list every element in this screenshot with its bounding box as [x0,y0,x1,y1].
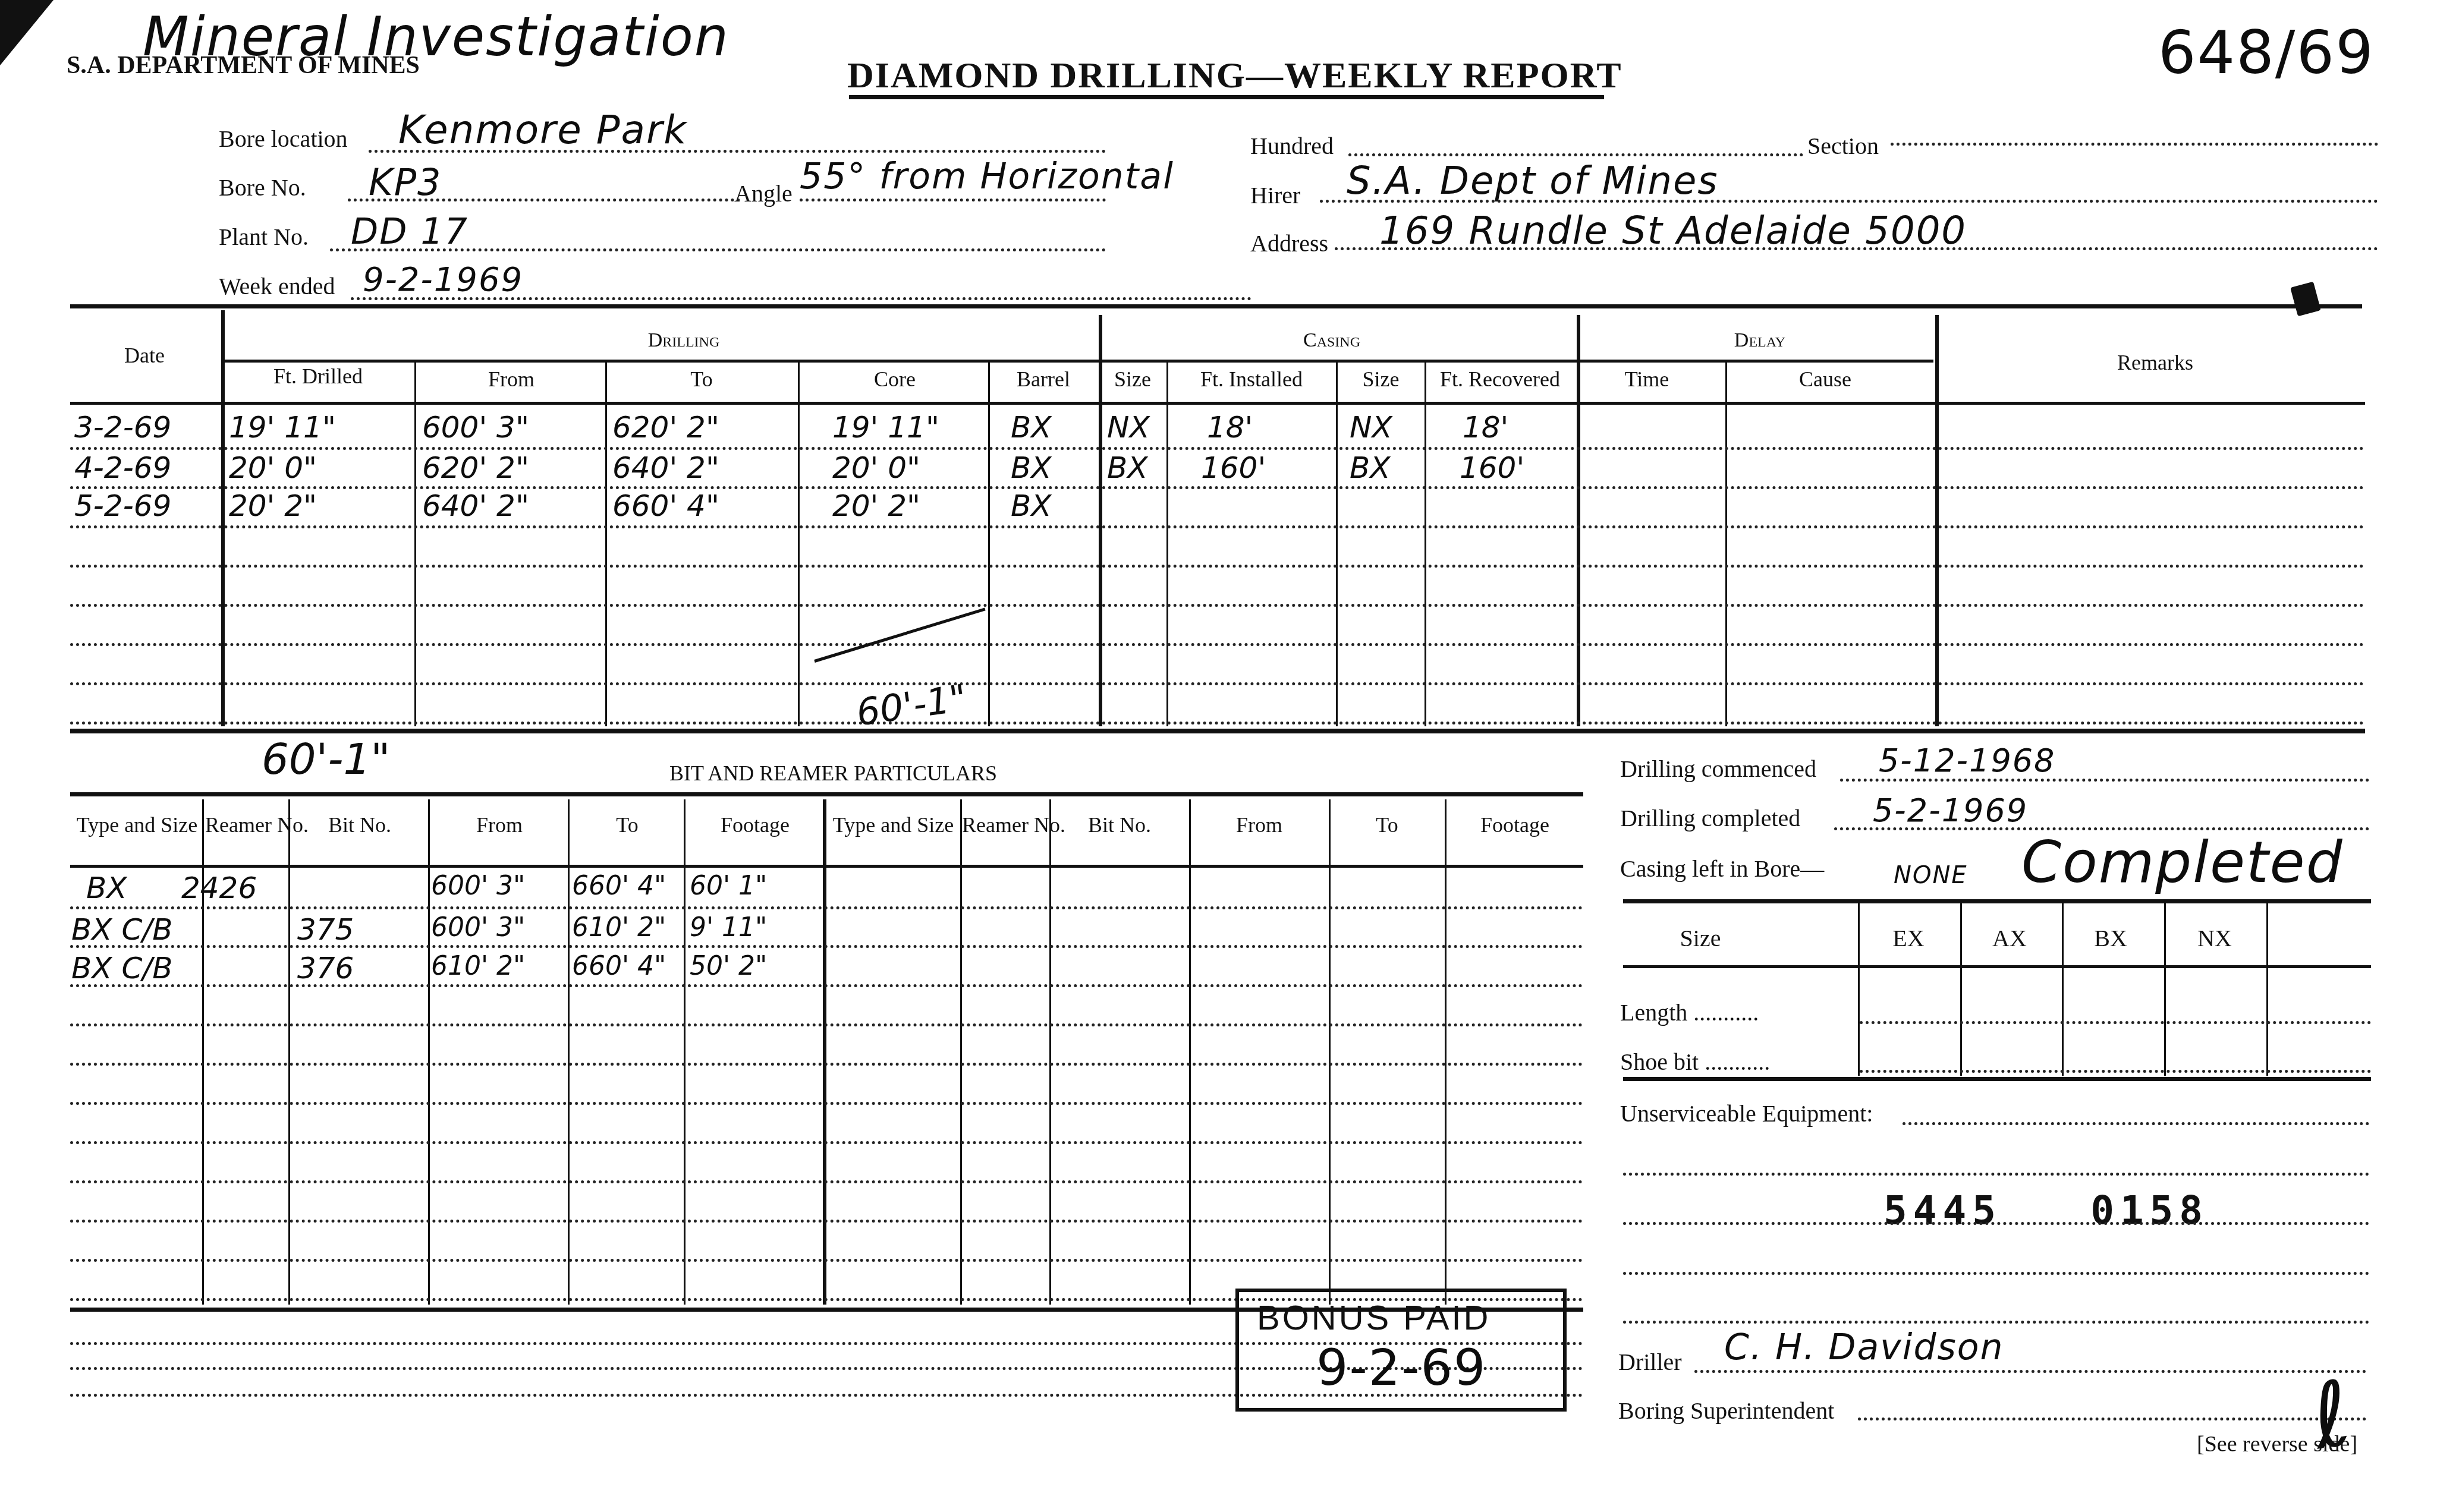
drilling-completed-label: Drilling completed [1620,804,1800,832]
cell-core[interactable]: 20' 2" [832,489,920,523]
bit-cell-from[interactable]: 600' 3" [431,912,525,943]
col-header-to: To [606,368,797,391]
plant-no-value[interactable]: DD 17 [351,211,468,253]
bit-col-footage: Footage [687,814,823,837]
row-line [70,565,2365,568]
bit-cell-footage[interactable]: 60' 1" [690,871,767,901]
bit-cell-reamer-no[interactable]: 2426 [181,871,257,905]
col-header-delay-time: Time [1578,368,1715,391]
driller-signature[interactable]: C. H. Davidson [1724,1327,2004,1368]
row-line [70,1141,1583,1144]
divider [1445,799,1447,1305]
divider [1099,315,1102,726]
divider [1329,799,1331,1305]
bore-location-value[interactable]: Kenmore Park [398,107,687,153]
cell-barrel[interactable]: BX [1011,451,1052,485]
driller-line [1694,1370,2366,1373]
cell-recovered-size[interactable]: BX [1350,451,1391,485]
bit-col-bit-no-2: Bit No. [1051,814,1188,837]
size-header: Size [1629,926,1772,951]
drilling-commenced-value[interactable]: 5-12-1968 [1879,742,2055,779]
size-bx: BX [2063,926,2158,951]
col-header-recovered-size: Size [1338,368,1424,391]
stamp-label: BONUS PAID [1257,1298,1490,1338]
torn-corner-mark [2290,282,2321,317]
unserviceable-line [1623,1321,2369,1324]
drilling-completed-value[interactable]: 5-2-1969 [1873,792,2028,829]
cell-casing-size[interactable]: BX [1107,451,1148,485]
bore-location-line [369,150,1106,153]
divider [428,799,430,1305]
bit-cell-type-size[interactable]: BX C/B [71,912,173,947]
row-line [70,447,2365,450]
shoe-bit-line [1860,1070,2371,1073]
bit-col-type-size: Type and Size [70,814,204,837]
size-table-bottom-rule [1623,1077,2371,1081]
completed-annotation: Completed [2021,829,2344,896]
plant-no-label: Plant No. [219,223,309,251]
divider [1425,363,1426,726]
file-number: 648/69 [2158,18,2375,87]
length-line [1860,1021,2371,1024]
row-line [70,486,2365,489]
bit-col-from: From [431,814,568,837]
cell-core[interactable]: 19' 11" [832,410,939,445]
shoe-bit-label: Shoe bit ........... [1620,1048,1770,1076]
address-label: Address [1250,229,1328,257]
bit-col-footage-2: Footage [1447,814,1583,837]
report-title: DIAMOND DRILLING—WEEKLY REPORT [847,55,1622,97]
divider [1577,315,1580,726]
cell-ft-drilled[interactable]: 20' 0" [229,451,317,485]
bit-cell-footage[interactable]: 50' 2" [690,951,767,981]
divider [960,799,962,1305]
cell-barrel[interactable]: BX [1011,489,1052,523]
cell-to[interactable]: 660' 4" [612,489,719,523]
divider [1189,799,1191,1305]
bit-cell-footage[interactable]: 9' 11" [690,912,767,943]
bore-location-label: Bore location [219,125,348,153]
drilling-commenced-line [1840,779,2369,782]
unserviceable-line [1623,1222,2369,1225]
divider [1725,363,1727,726]
section-line [1891,143,2378,146]
bit-cell-bit-no[interactable]: 376 [297,951,354,985]
col-header-ft-installed: Ft. Installed [1168,368,1335,391]
divider [605,360,607,726]
week-ended-line [351,297,1251,300]
col-header-casing-size: Size [1100,368,1165,391]
bit-cell-to[interactable]: 660' 4" [572,951,666,981]
angle-label: Angle [734,179,793,207]
cell-from[interactable]: 640' 2" [422,489,529,523]
cell-casing-size[interactable]: NX [1107,410,1150,445]
cell-from[interactable]: 600' 3" [422,410,529,445]
bit-col-to-2: To [1331,814,1444,837]
divider [1935,315,1939,726]
cell-ft-drilled[interactable]: 19' 11" [229,410,336,445]
department-name: S.A. DEPARTMENT OF MINES [67,51,420,80]
divider [221,310,225,726]
bore-no-line [348,199,740,201]
bit-header-bottom-rule [70,865,1583,868]
group-header-delay: Delay [1671,330,1849,351]
cell-to[interactable]: 620' 2" [612,410,719,445]
size-nx: NX [2167,926,2262,951]
casing-left-value[interactable]: NONE [1894,862,1968,889]
cell-from[interactable]: 620' 2" [422,451,529,485]
boring-superintendent-label: Boring Superintendent [1618,1397,1834,1425]
divider [568,799,570,1305]
size-ax: AX [1962,926,2057,951]
cell-barrel[interactable]: BX [1011,410,1052,445]
angle-value[interactable]: 55° from Horizontal [800,156,1174,197]
cell-ft-installed[interactable]: 18' [1207,410,1253,445]
bonus-paid-stamp: BONUS PAID 9-2-69 [1235,1289,1567,1412]
unserviceable-line [1903,1122,2369,1125]
size-header-rule [1623,965,2371,968]
unserviceable-label: Unserviceable Equipment: [1620,1100,1873,1127]
bit-cell-type-size[interactable]: BX [86,871,127,905]
length-label: Length ........... [1620,998,1759,1026]
bit-reamer-top-rule [70,729,2365,733]
divider [684,799,685,1305]
hirer-line [1320,200,2378,203]
group-header-drilling: Drilling [595,330,773,351]
bit-col-from-2: From [1191,814,1328,837]
divider [988,363,990,726]
unserviceable-line [1623,1173,2369,1176]
cell-ft-installed[interactable]: 160' [1201,451,1266,485]
hirer-label: Hirer [1250,181,1300,209]
address-line [1335,247,2378,250]
hundred-label: Hundred [1250,132,1334,160]
table-top-rule [70,304,2362,308]
divider [1336,363,1338,726]
week-ended-label: Week ended [219,272,335,300]
see-reverse-note: [See reverse side] [2197,1431,2357,1457]
bit-cell-bit-no[interactable]: 375 [297,912,354,947]
stamped-number: 5445 0158 [1883,1187,2209,1233]
size-table-top-rule [1623,899,2371,903]
row-line [70,1023,1583,1026]
bit-col-reamer-no: Reamer No. [205,814,288,837]
bit-col-reamer-no-2: Reamer No. [962,814,1048,837]
row-line [70,643,2365,646]
total-strike-line [814,607,985,662]
plant-no-line [330,248,1106,251]
divider [1166,363,1168,726]
bit-cell-from[interactable]: 600' 3" [431,871,525,901]
total-ft-drilled: 60'-1" [262,734,390,784]
divider [823,799,826,1305]
row-line [70,1063,1583,1066]
cell-recovered-size[interactable]: NX [1350,410,1392,445]
bit-col-type-size-2: Type and Size [826,814,960,837]
unserviceable-line [1623,1272,2369,1275]
col-header-from: From [416,368,606,391]
cell-to[interactable]: 640' 2" [612,451,719,485]
week-ended-value[interactable]: 9-2-1969 [363,260,523,299]
boring-superintendent-line [1858,1417,2366,1420]
bit-reamer-header-rule [70,792,1583,796]
cell-date[interactable]: 5-2-69 [74,489,171,523]
bit-col-to: To [571,814,684,837]
bit-col-bit-no: Bit No. [291,814,428,837]
divider [2266,903,2268,1076]
drilling-commenced-label: Drilling commenced [1620,755,1816,783]
bore-no-label: Bore No. [219,174,306,201]
subheader-rule [221,360,1933,363]
divider [414,363,416,726]
row-line [70,1180,1583,1183]
cell-date[interactable]: 3-2-69 [74,410,171,445]
divider [2062,903,2064,1076]
hirer-value[interactable]: S.A. Dept of Mines [1347,159,1719,203]
row-line [70,682,2365,685]
angle-line [800,199,1106,201]
divider [1858,903,1860,1076]
bit-reamer-title: BIT AND REAMER PARTICULARS [669,761,997,786]
row-line [70,1220,1583,1223]
bore-no-value[interactable]: KP3 [369,160,442,204]
driller-label: Driller [1618,1348,1682,1376]
bit-cell-from[interactable]: 610' 2" [431,951,525,981]
cell-core[interactable]: 20' 0" [832,451,920,485]
col-header-remarks: Remarks [1932,352,2378,374]
divider [2164,903,2166,1076]
row-line [70,722,2365,724]
row-line [70,1259,1583,1262]
col-header-delay-cause: Cause [1718,368,1932,391]
cell-date[interactable]: 4-2-69 [74,451,171,485]
cell-ft-recovered[interactable]: 18' [1463,410,1508,445]
divider [288,799,290,1305]
group-header-casing: Casing [1243,330,1421,351]
divider [1960,903,1962,1076]
col-header-core: Core [800,368,990,391]
col-header-barrel: Barrel [990,368,1097,391]
stamp-date: 9-2-69 [1316,1338,1486,1397]
address-value[interactable]: 169 Rundle St Adelaide 5000 [1379,209,1967,253]
bit-cell-to[interactable]: 660' 4" [572,871,666,901]
casing-left-label: Casing left in Bore— [1620,855,1824,883]
col-header-date: Date [70,345,219,367]
row-line [70,525,2365,528]
hundred-line [1348,153,1803,156]
size-ex: EX [1861,926,1956,951]
cell-ft-drilled[interactable]: 20' 2" [229,489,317,523]
page-corner-mark [0,0,54,65]
col-header-ft-recovered: Ft. Recovered [1426,368,1574,391]
bit-cell-to[interactable]: 610' 2" [572,912,666,943]
row-line [70,906,1583,909]
row-line [70,604,2365,607]
col-header-ft-drilled: Ft. Drilled [223,366,413,388]
title-underline [849,95,1604,99]
divider [798,363,800,726]
bit-cell-type-size[interactable]: BX C/B [71,951,173,985]
section-label: Section [1807,132,1879,160]
cell-ft-recovered[interactable]: 160' [1460,451,1524,485]
row-line [70,1102,1583,1105]
divider [1049,799,1051,1305]
